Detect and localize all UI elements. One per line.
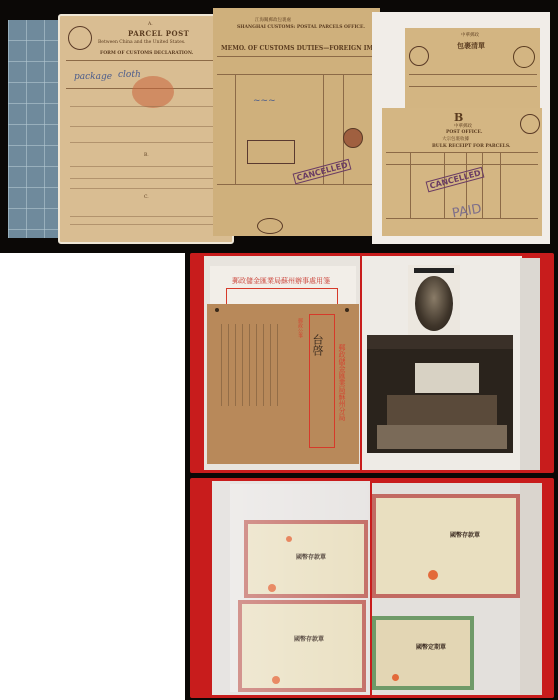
- handwriting-contents: cloth: [118, 70, 141, 80]
- memo-title: MEMO. OF CUSTOMS DUTIES—FOREIGN IMPORT: [221, 46, 380, 52]
- receipt-title: BULK RECEIPT FOR PARCELS.: [432, 145, 511, 150]
- handwriting-address: 台啓: [312, 334, 323, 356]
- section-c-label: C.: [144, 196, 149, 201]
- handwriting-item: package: [74, 72, 112, 82]
- envelope-side-text: 郵政公事: [297, 318, 304, 338]
- postmark-icon: [409, 46, 429, 66]
- certificate-title: 國幣定期單: [416, 642, 446, 651]
- postmark-icon: [520, 114, 540, 134]
- cancelled-stamp: CANCELLED: [426, 167, 485, 193]
- group-photograph: [367, 335, 513, 453]
- form-heading: FORM OF CUSTOMS DECLARATION.: [100, 52, 193, 57]
- form-title: PARCEL POST: [128, 30, 189, 37]
- customs-memo: 江海關郵政包裹處 SHANGHAI CUSTOMS: POSTAL PARCEL…: [213, 8, 380, 236]
- envelope-brown: 郵政公事 台啓 郵政儲金匯業局蘇州分局: [207, 304, 359, 464]
- envelope-header: 郵政儲金匯業局蘇州辦事處用箋: [232, 276, 330, 286]
- bulk-receipt: B 中華郵政 POST OFFICE. 大宗包裹收據 BULK RECEIPT …: [382, 108, 542, 236]
- circle-mark: [513, 46, 535, 68]
- form-letter: A.: [148, 23, 153, 28]
- form-subtitle: Between China and the United States.: [98, 41, 185, 46]
- postmark-icon: [257, 218, 283, 234]
- portrait-photo: [408, 265, 460, 335]
- bill-title: 包裹清單: [457, 42, 485, 49]
- memo-chinese-header: 江海關郵政包裹處: [255, 19, 291, 24]
- parcel-post-form: A. PARCEL POST Between China and the Uni…: [58, 14, 234, 244]
- oval-seal: [132, 76, 174, 108]
- receipt-letter: B: [454, 112, 463, 123]
- postmark-icon: [68, 26, 92, 50]
- receipt-chinese-title: 大宗包裹收據: [442, 138, 469, 143]
- receipt-header: 中華郵政: [454, 125, 472, 130]
- postmark-icon: [343, 128, 363, 148]
- receipt-office: POST OFFICE.: [446, 131, 482, 136]
- stamp-sheet: [8, 20, 63, 238]
- album-page-edges: [520, 483, 542, 695]
- album-page-edges: [520, 258, 540, 470]
- envelope-address: 郵政儲金匯業局蘇州分局: [337, 344, 347, 421]
- parcel-bill: 中華郵政 包裹清單: [405, 28, 540, 108]
- memo-office: SHANGHAI CUSTOMS: POSTAL PARCELS OFFICE.: [237, 26, 365, 31]
- savings-certificate: 國幣定期單: [372, 616, 474, 690]
- savings-certificate: 國幣存款單: [372, 494, 520, 598]
- section-b-label: B.: [144, 154, 149, 159]
- rubber-stamp-box: [247, 140, 295, 164]
- plastic-sleeve: [230, 484, 368, 692]
- bill-header: 中華郵政: [461, 34, 479, 39]
- certificate-title: 國幣存款單: [450, 530, 480, 539]
